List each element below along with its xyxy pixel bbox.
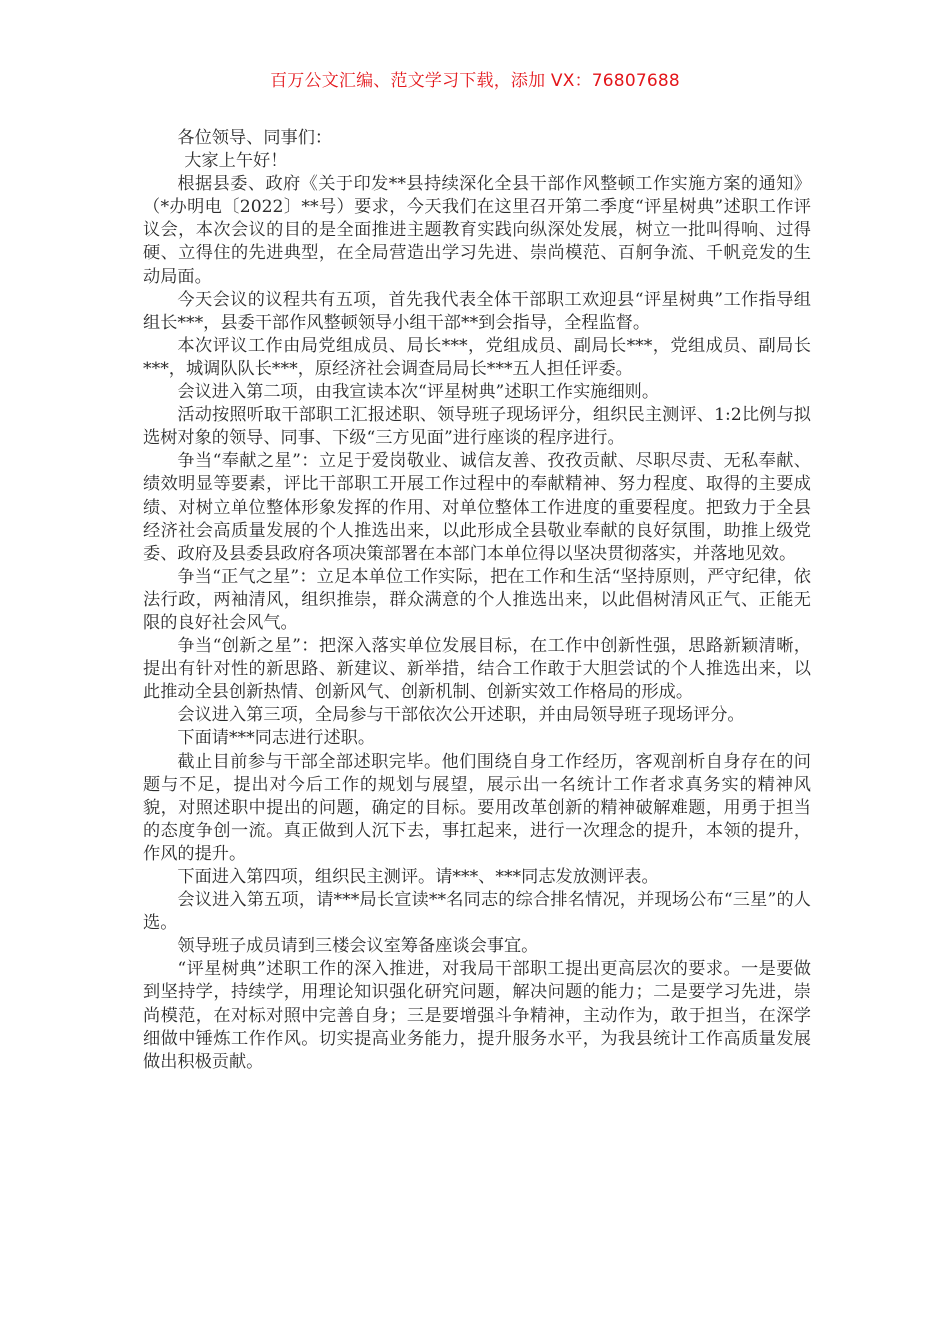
banner-text: 百万公文汇编、范文学习下载，添加 VX：76807688	[270, 71, 680, 91]
paragraph-5: 活动按照听取干部职工汇报述职、领导班子现场评分，组织民主测评、1:2比例与拟选树…	[143, 404, 811, 450]
paragraph-15: “评星树典”述职工作的深入推进，对我局干部职工提出更高层次的要求。一是要做到坚持…	[143, 958, 811, 1073]
paragraph-7: 争当“正气之星”：立足本单位工作实际，把在工作和生活“坚持原则，严守纪律，依法行…	[143, 566, 811, 635]
paragraph-12: 下面进入第四项，组织民主测评。请***、***同志发放测评表。	[143, 866, 811, 889]
paragraph-14: 领导班子成员请到三楼会议室筹备座谈会事宜。	[143, 935, 811, 958]
document-body: 各位领导、同事们： 大家上午好！ 根据县委、政府《关于印发**县持续深化全县干部…	[143, 127, 811, 1074]
paragraph-8: 争当“创新之星”：把深入落实单位发展目标，在工作中创新性强，思路新颖清晰，提出有…	[143, 635, 811, 704]
watermark-banner: 百万公文汇编、范文学习下载，添加 VX：76807688	[0, 66, 950, 91]
paragraph-2: 今天会议的议程共有五项，首先我代表全体干部职工欢迎县“评星树典”工作指导组组长*…	[143, 289, 811, 335]
paragraph-9: 会议进入第三项，全局参与干部依次公开述职，并由局领导班子现场评分。	[143, 704, 811, 727]
paragraph-4: 会议进入第二项，由我宣读本次“评星树典”述职工作实施细则。	[143, 381, 811, 404]
paragraph-11: 截止目前参与干部全部述职完毕。他们围绕自身工作经历，客观剖析自身存在的问题与不足…	[143, 751, 811, 866]
paragraph-1: 根据县委、政府《关于印发**县持续深化全县干部作风整顿工作实施方案的通知》（*办…	[143, 173, 811, 288]
paragraph-10: 下面请***同志进行述职。	[143, 727, 811, 750]
paragraph-3: 本次评议工作由局党组成员、局长***，党组成员、副局长***，党组成员、副局长*…	[143, 335, 811, 381]
paragraph-13: 会议进入第五项，请***局长宣读**名同志的综合排名情况，并现场公布“三星”的人…	[143, 889, 811, 935]
greeting: 大家上午好！	[143, 150, 811, 173]
paragraph-6: 争当“奉献之星”：立足于爱岗敬业、诚信友善、孜孜贡献、尽职尽责、无私奉献、绩效明…	[143, 450, 811, 565]
salutation: 各位领导、同事们：	[143, 127, 811, 150]
